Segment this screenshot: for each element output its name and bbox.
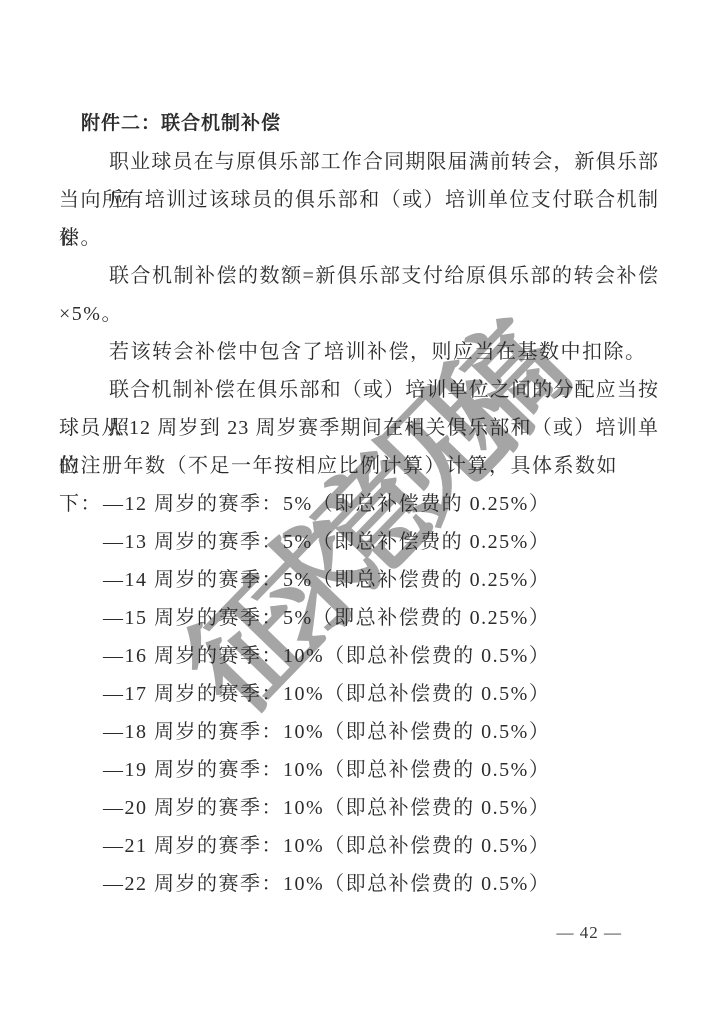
document-content: 附件二：联合机制补偿 职业球员在与原俱乐部工作合同期限届满前转会，新俱乐部应当向… <box>59 105 659 903</box>
paragraph-line: 职业球员在与原俱乐部工作合同期限届满前转会，新俱乐部应 <box>59 143 659 181</box>
paragraph-line: 球员从 12 周岁到 23 周岁赛季期间在相关俱乐部和（或）培训单位 <box>59 409 659 447</box>
coefficient-item: —21 周岁的赛季：10%（即总补偿费的 0.5%） <box>59 827 659 865</box>
coefficient-item: —13 周岁的赛季：5%（即总补偿费的 0.25%） <box>59 523 659 561</box>
paragraph-line: 偿。 <box>59 219 659 257</box>
coefficient-item: —14 周岁的赛季：5%（即总补偿费的 0.25%） <box>59 561 659 599</box>
paragraph-line: 联合机制补偿在俱乐部和（或）培训单位之间的分配应当按照 <box>59 371 659 409</box>
paragraph-line: 若该转会补偿中包含了培训补偿，则应当在基数中扣除。 <box>59 333 659 371</box>
coefficient-item: —22 周岁的赛季：10%（即总补偿费的 0.5%） <box>59 865 659 903</box>
coefficient-item: —20 周岁的赛季：10%（即总补偿费的 0.5%） <box>59 789 659 827</box>
paragraph-line: ×5%。 <box>59 295 659 333</box>
paragraph-line: 当向所有培训过该球员的俱乐部和（或）培训单位支付联合机制补 <box>59 181 659 219</box>
coefficient-item: —18 周岁的赛季：10%（即总补偿费的 0.5%） <box>59 713 659 751</box>
document-page: 征求意见稿 附件二：联合机制补偿 职业球员在与原俱乐部工作合同期限届满前转会，新… <box>0 0 720 1018</box>
paragraph-line: 联合机制补偿的数额=新俱乐部支付给原俱乐部的转会补偿 <box>59 257 659 295</box>
page-number: — 42 — <box>0 921 622 945</box>
body-text: 职业球员在与原俱乐部工作合同期限届满前转会，新俱乐部应当向所有培训过该球员的俱乐… <box>59 143 659 903</box>
coefficient-item: —17 周岁的赛季：10%（即总补偿费的 0.5%） <box>59 675 659 713</box>
coefficient-item: —16 周岁的赛季：10%（即总补偿费的 0.5%） <box>59 637 659 675</box>
coefficient-item: —19 周岁的赛季：10%（即总补偿费的 0.5%） <box>59 751 659 789</box>
attachment-title: 附件二：联合机制补偿 <box>59 105 659 143</box>
coefficient-item: —12 周岁的赛季：5%（即总补偿费的 0.25%） <box>59 485 659 523</box>
coefficient-item: —15 周岁的赛季：5%（即总补偿费的 0.25%） <box>59 599 659 637</box>
paragraph-line: 的注册年数（不足一年按相应比例计算）计算，具体系数如下： <box>59 447 659 485</box>
